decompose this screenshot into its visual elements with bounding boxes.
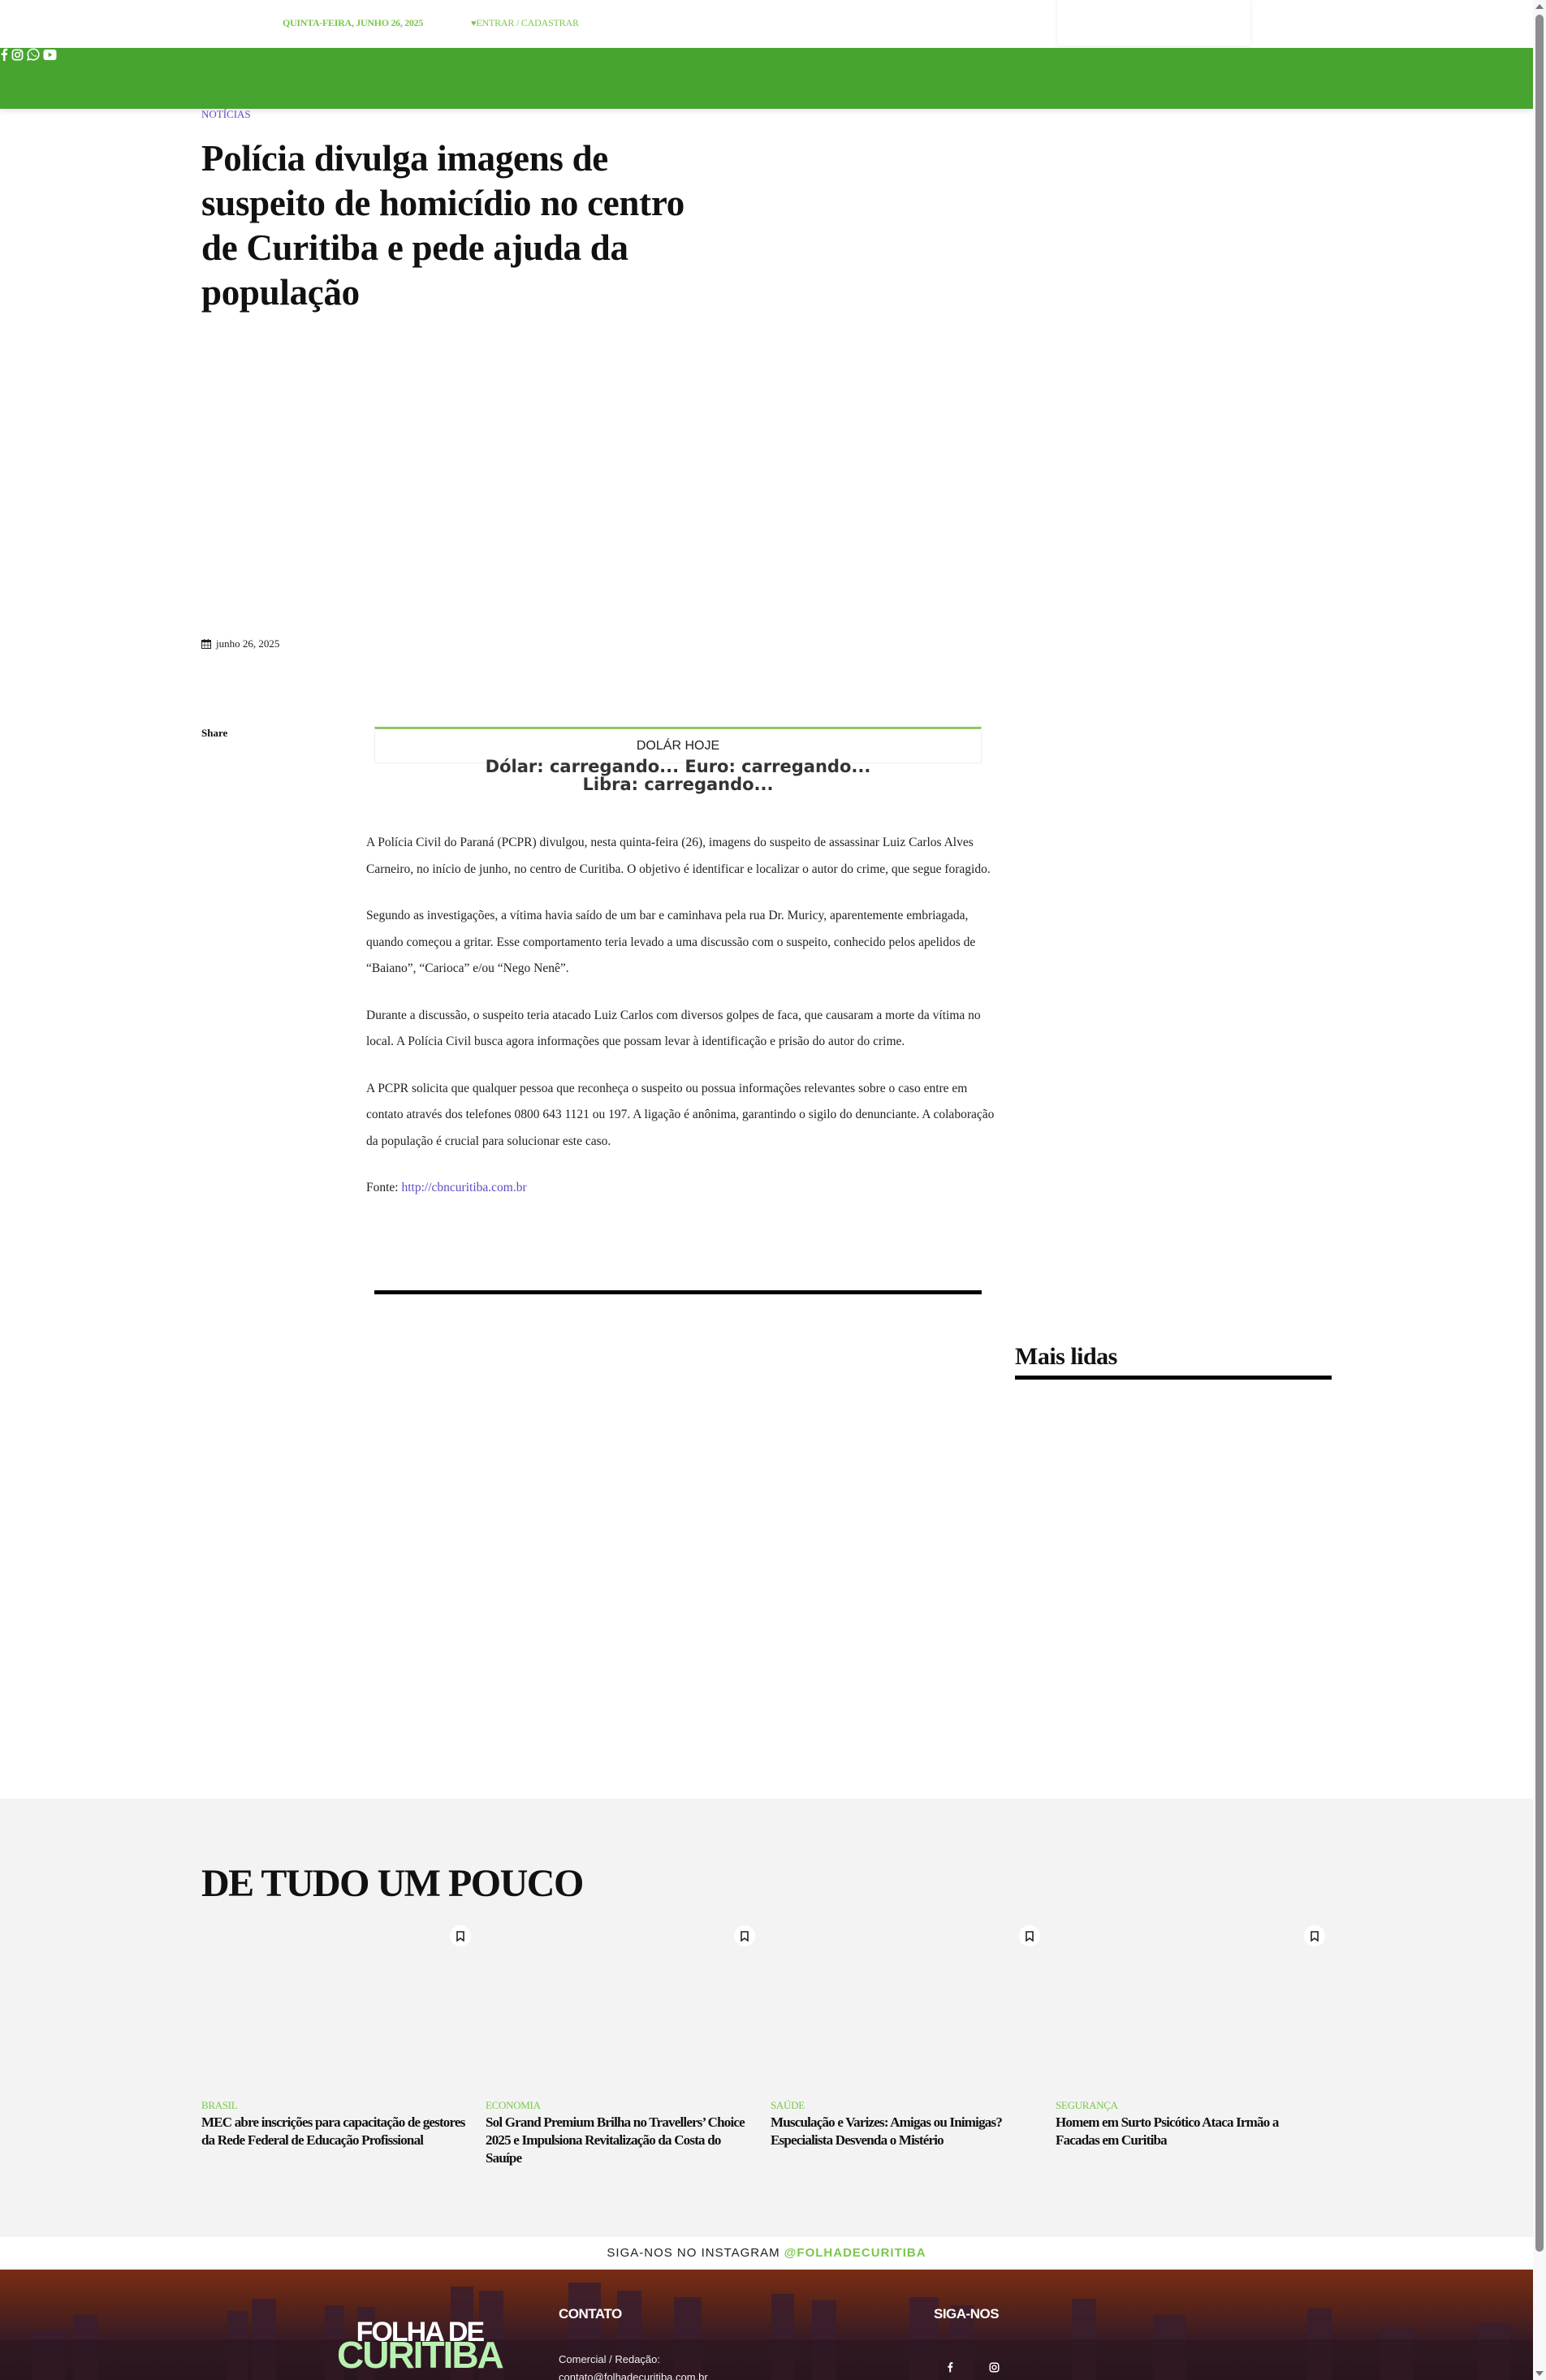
contact-label: Comercial / Redação: — [559, 2351, 708, 2369]
currency-line-1: Dólar: carregando... Euro: carregando... — [374, 758, 982, 775]
footer-logo[interactable]: FOLHA DE CURITIBA — [337, 2321, 503, 2366]
page-scrollbar[interactable] — [1533, 0, 1546, 2380]
card-category[interactable]: SAÚDE — [771, 2099, 805, 2112]
top-bar: QUINTA-FEIRA, JUNHO 26, 2025 ♥ENTRAR / C… — [0, 0, 1533, 48]
footer: FOLHA DE CURITIBA CONTATO Comercial / Re… — [0, 2270, 1533, 2380]
instagram-icon[interactable] — [986, 2359, 1002, 2375]
article-divider — [374, 1290, 982, 1294]
whatsapp-icon[interactable] — [27, 50, 43, 64]
current-date: QUINTA-FEIRA, JUNHO 26, 2025 — [283, 17, 423, 29]
card-title[interactable]: Homem em Surto Psicótico Ataca Irmão a F… — [1056, 2114, 1324, 2149]
scrollbar-thumb[interactable] — [1535, 15, 1544, 2252]
contact-info: Comercial / Redação: contato@folhadecuri… — [559, 2351, 708, 2380]
currency-title: DOLÁR HOJE — [375, 739, 981, 754]
bookmark-icon[interactable] — [1019, 1925, 1040, 1946]
login-link[interactable]: ♥ENTRAR / CADASTRAR — [471, 17, 579, 29]
calendar-icon — [201, 639, 211, 649]
card-category[interactable]: ECONOMIA — [486, 2099, 541, 2112]
source-link[interactable]: http://cbncuritiba.com.br — [402, 1181, 527, 1194]
facebook-icon[interactable] — [942, 2359, 958, 2375]
paragraph: A Polícia Civil do Paraná (PCPR) divulgo… — [366, 830, 1000, 883]
currency-values: Dólar: carregando... Euro: carregando...… — [374, 758, 982, 793]
article-body: A Polícia Civil do Paraná (PCPR) divulgo… — [366, 830, 1000, 1222]
instagram-handle-link[interactable]: @FOLHADECURITIBA — [784, 2246, 926, 2260]
card-category[interactable]: SEGURANÇA — [1056, 2099, 1118, 2112]
currency-line-2: Libra: carregando... — [374, 775, 982, 793]
instagram-icon[interactable] — [11, 50, 27, 64]
paragraph: A PCPR solicita que qualquer pessoa que … — [366, 1076, 1000, 1155]
contact-email-link[interactable]: contato@folhadecuritiba.com.br — [559, 2371, 708, 2380]
card-title[interactable]: Sol Grand Premium Brilha no Travellers’ … — [486, 2114, 754, 2167]
source-line: Fonte: http://cbncuritiba.com.br — [366, 1175, 1000, 1202]
main-navbar — [0, 48, 1533, 109]
scroll-down-arrow-icon[interactable] — [1535, 2371, 1544, 2376]
instagram-strip: SIGA-NOS NO INSTAGRAM @FOLHADECURITIBA — [0, 2237, 1533, 2270]
city-skyline-background — [0, 2283, 1533, 2380]
bookmark-icon[interactable] — [450, 1925, 471, 1946]
post-date-text: junho 26, 2025 — [216, 637, 279, 650]
post-date: junho 26, 2025 — [201, 637, 279, 650]
most-read-heading: Mais lidas — [1015, 1343, 1332, 1371]
follow-heading: SIGA-NOS — [934, 2306, 999, 2322]
logo-line-2: CURITIBA — [337, 2343, 503, 2366]
bookmark-icon[interactable] — [1304, 1925, 1325, 1946]
login-label: ENTRAR / CADASTRAR — [476, 17, 578, 28]
most-read-widget: Mais lidas — [1015, 1343, 1332, 1380]
section-title: DE TUDO UM POUCO — [201, 1861, 583, 1906]
instagram-prefix: SIGA-NOS NO INSTAGRAM — [607, 2246, 784, 2260]
article-title: Polícia divulga imagens de suspeito de h… — [201, 136, 729, 315]
paragraph: Segundo as investigações, a vítima havia… — [366, 903, 1000, 983]
card-category[interactable]: BRASIL — [201, 2099, 237, 2112]
paragraph: Durante a discussão, o suspeito teria at… — [366, 1003, 1000, 1056]
card-title[interactable]: Musculação e Varizes: Amigas ou Inimigas… — [771, 2114, 1039, 2149]
article-category[interactable]: NOTÍCIAS — [201, 108, 251, 121]
youtube-icon[interactable] — [43, 50, 57, 64]
search-box[interactable] — [1057, 0, 1250, 45]
facebook-icon[interactable] — [0, 50, 11, 64]
share-label: Share — [201, 727, 227, 740]
scroll-up-arrow-icon[interactable] — [1535, 4, 1544, 9]
card-title[interactable]: MEC abre inscrições para capacitação de … — [201, 2114, 469, 2149]
source-label: Fonte: — [366, 1181, 402, 1194]
contact-heading: CONTATO — [559, 2306, 622, 2322]
most-read-underline — [1015, 1376, 1332, 1380]
bookmark-icon[interactable] — [734, 1925, 755, 1946]
